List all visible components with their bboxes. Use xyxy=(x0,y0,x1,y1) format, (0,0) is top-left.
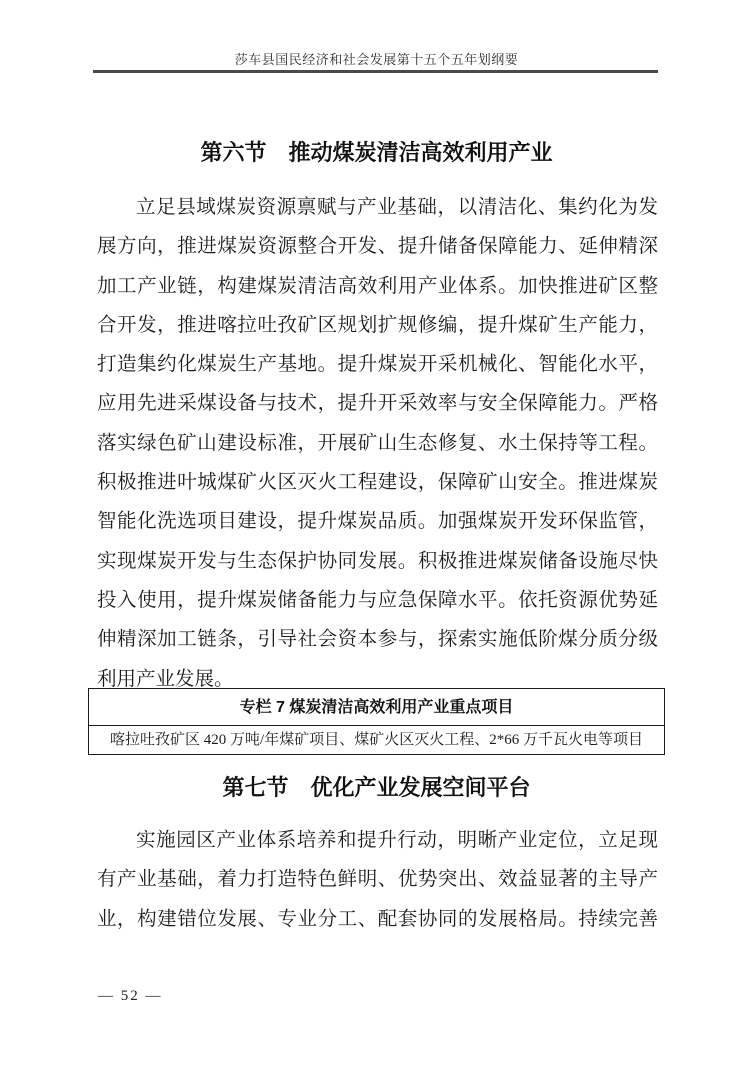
running-header: 莎车县国民经济和社会发展第十五个五年划纲要 xyxy=(0,49,753,68)
paragraph-line: 实现煤炭开发与生态保护协同发展。积极推进煤炭储备设施尽快 xyxy=(97,542,658,581)
paragraph-line: 应用先进采煤设备与技术，提升开采效率与安全保障能力。严格 xyxy=(97,384,658,423)
paragraph-line: 伸精深加工链条，引导社会资本参与，探索实施低阶煤分质分级 xyxy=(97,620,658,659)
paragraph-section-6: 立足县域煤炭资源禀赋与产业基础，以清洁化、集约化为发展方向，推进煤炭资源整合开发… xyxy=(97,188,658,699)
callout-box-title: 专栏 7 煤炭清洁高效利用产业重点项目 xyxy=(89,689,664,726)
document-page: 莎车县国民经济和社会发展第十五个五年划纲要 第六节 推动煤炭清洁高效利用产业 立… xyxy=(0,0,753,1066)
paragraph-line: 合开发，推进喀拉吐孜矿区规划扩规修编，提升煤矿生产能力， xyxy=(97,306,658,345)
paragraph-line: 打造集约化煤炭生产基地。提升煤炭开采机械化、智能化水平， xyxy=(97,345,658,384)
paragraph-line: 落实绿色矿山建设标准，开展矿山生态修复、水土保持等工程。 xyxy=(97,424,658,463)
paragraph-line: 立足县域煤炭资源禀赋与产业基础，以清洁化、集约化为发 xyxy=(97,188,658,227)
paragraph-section-7: 实施园区产业体系培养和提升行动，明晰产业定位，立足现有产业基础，着力打造特色鲜明… xyxy=(97,821,658,939)
paragraph-line: 展方向，推进煤炭资源整合开发、提升储备保障能力、延伸精深 xyxy=(97,227,658,266)
paragraph-line: 业，构建错位发展、专业分工、配套协同的发展格局。持续完善 xyxy=(97,900,658,939)
callout-box-7: 专栏 7 煤炭清洁高效利用产业重点项目 喀拉吐孜矿区 420 万吨/年煤矿项目、… xyxy=(88,688,665,755)
callout-box-content: 喀拉吐孜矿区 420 万吨/年煤矿项目、煤矿火区灭火工程、2*66 万千瓦火电等… xyxy=(89,726,664,754)
paragraph-line: 有产业基础，着力打造特色鲜明、优势突出、效益显著的主导产 xyxy=(97,860,658,899)
header-rule xyxy=(93,70,658,73)
section-heading-6: 第六节 推动煤炭清洁高效利用产业 xyxy=(0,136,753,167)
paragraph-line: 加工产业链，构建煤炭清洁高效利用产业体系。加快推进矿区整 xyxy=(97,267,658,306)
paragraph-line: 智能化洗选项目建设，提升煤炭品质。加强煤炭开发环保监管， xyxy=(97,502,658,541)
paragraph-line: 实施园区产业体系培养和提升行动，明晰产业定位，立足现 xyxy=(97,821,658,860)
paragraph-line: 投入使用，提升煤炭储备能力与应急保障水平。依托资源优势延 xyxy=(97,581,658,620)
section-heading-7: 第七节 优化产业发展空间平台 xyxy=(0,771,753,802)
paragraph-line: 积极推进叶城煤矿火区灭火工程建设，保障矿山安全。推进煤炭 xyxy=(97,463,658,502)
page-number: — 52 — xyxy=(98,988,163,1005)
